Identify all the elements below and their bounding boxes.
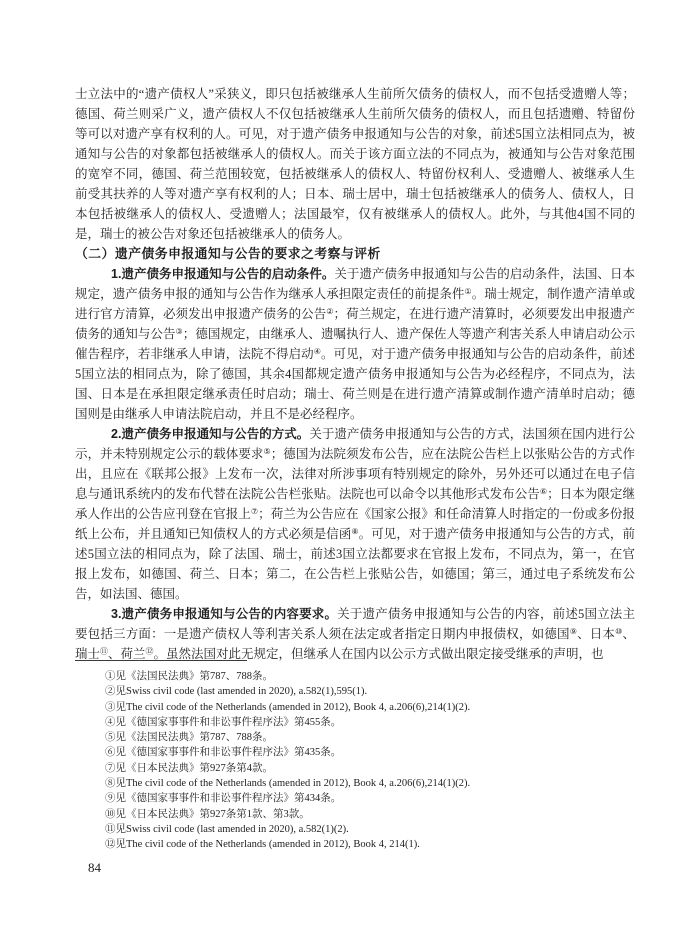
continuation-paragraph: 士立法中的“遗产债权人”采狭义，即只包括被继承人生前所欠债务的债权人，而不包括受… (75, 84, 635, 244)
page-number: 84 (88, 860, 101, 876)
paragraph-1: 1.遗产债务申报通知与公告的启动条件。关于遗产债务申报通知与公告的启动条件，法国… (75, 264, 635, 424)
body-text-block: 士立法中的“遗产债权人”采狭义，即只包括被继承人生前所欠债务的债权人，而不包括受… (75, 84, 635, 664)
footnote-item: ⑧见The civil code of the Netherlands (ame… (75, 776, 635, 791)
footnote-item: ⑦见《日本民法典》第927条第4款。 (75, 761, 635, 776)
paragraph-2-text: 关于遗产债务申报通知与公告的方式，法国须在国内进行公示，并未特别规定公示的载体要… (75, 427, 635, 601)
footnote-item: ⑤见《法国民法典》第787、788条。 (75, 730, 635, 745)
footnote-item: ⑩见《日本民法典》第927条第1款、第3款。 (75, 807, 635, 822)
section-heading: （二）遗产债务申报通知与公告的要求之考察与评析 (75, 244, 635, 264)
footnote-item: ②见Swiss civil code (last amended in 2020… (75, 684, 635, 699)
paragraph-2: 2.遗产债务申报通知与公告的方式。关于遗产债务申报通知与公告的方式，法国须在国内… (75, 424, 635, 604)
footnote-item: ⑨见《德国家事事件和非讼事件程序法》第434条。 (75, 791, 635, 806)
footnote-item: ⑫见The civil code of the Netherlands (ame… (75, 837, 635, 852)
footnote-item: ①见《法国民法典》第787、788条。 (75, 669, 635, 684)
footnote-item: ⑥见《德国家事事件和非讼事件程序法》第435条。 (75, 745, 635, 760)
footnotes-section: ①见《法国民法典》第787、788条。 ②见Swiss civil code (… (75, 660, 635, 853)
footnote-item: ⑪见Swiss civil code (last amended in 2020… (75, 822, 635, 837)
paragraph-2-lead: 2.遗产债务申报通知与公告的方式。 (111, 427, 309, 441)
paragraph-1-lead: 1.遗产债务申报通知与公告的启动条件。 (111, 267, 334, 281)
footnote-item: ③见The civil code of the Netherlands (ame… (75, 700, 635, 715)
document-page: 士立法中的“遗产债权人”采狭义，即只包括被继承人生前所欠债务的债权人，而不包括受… (0, 0, 700, 943)
paragraph-3-lead: 3.遗产债务申报通知与公告的内容要求。 (111, 607, 337, 621)
paragraph-1-text: 关于遗产债务申报通知与公告的启动条件，法国、日本规定，遗产债务申报的通知与公告作… (75, 267, 635, 421)
footnote-separator (75, 660, 247, 661)
footnote-item: ④见《德国家事事件和非讼事件程序法》第455条。 (75, 715, 635, 730)
paragraph-3: 3.遗产债务申报通知与公告的内容要求。关于遗产债务申报通知与公告的内容，前述5国… (75, 604, 635, 664)
